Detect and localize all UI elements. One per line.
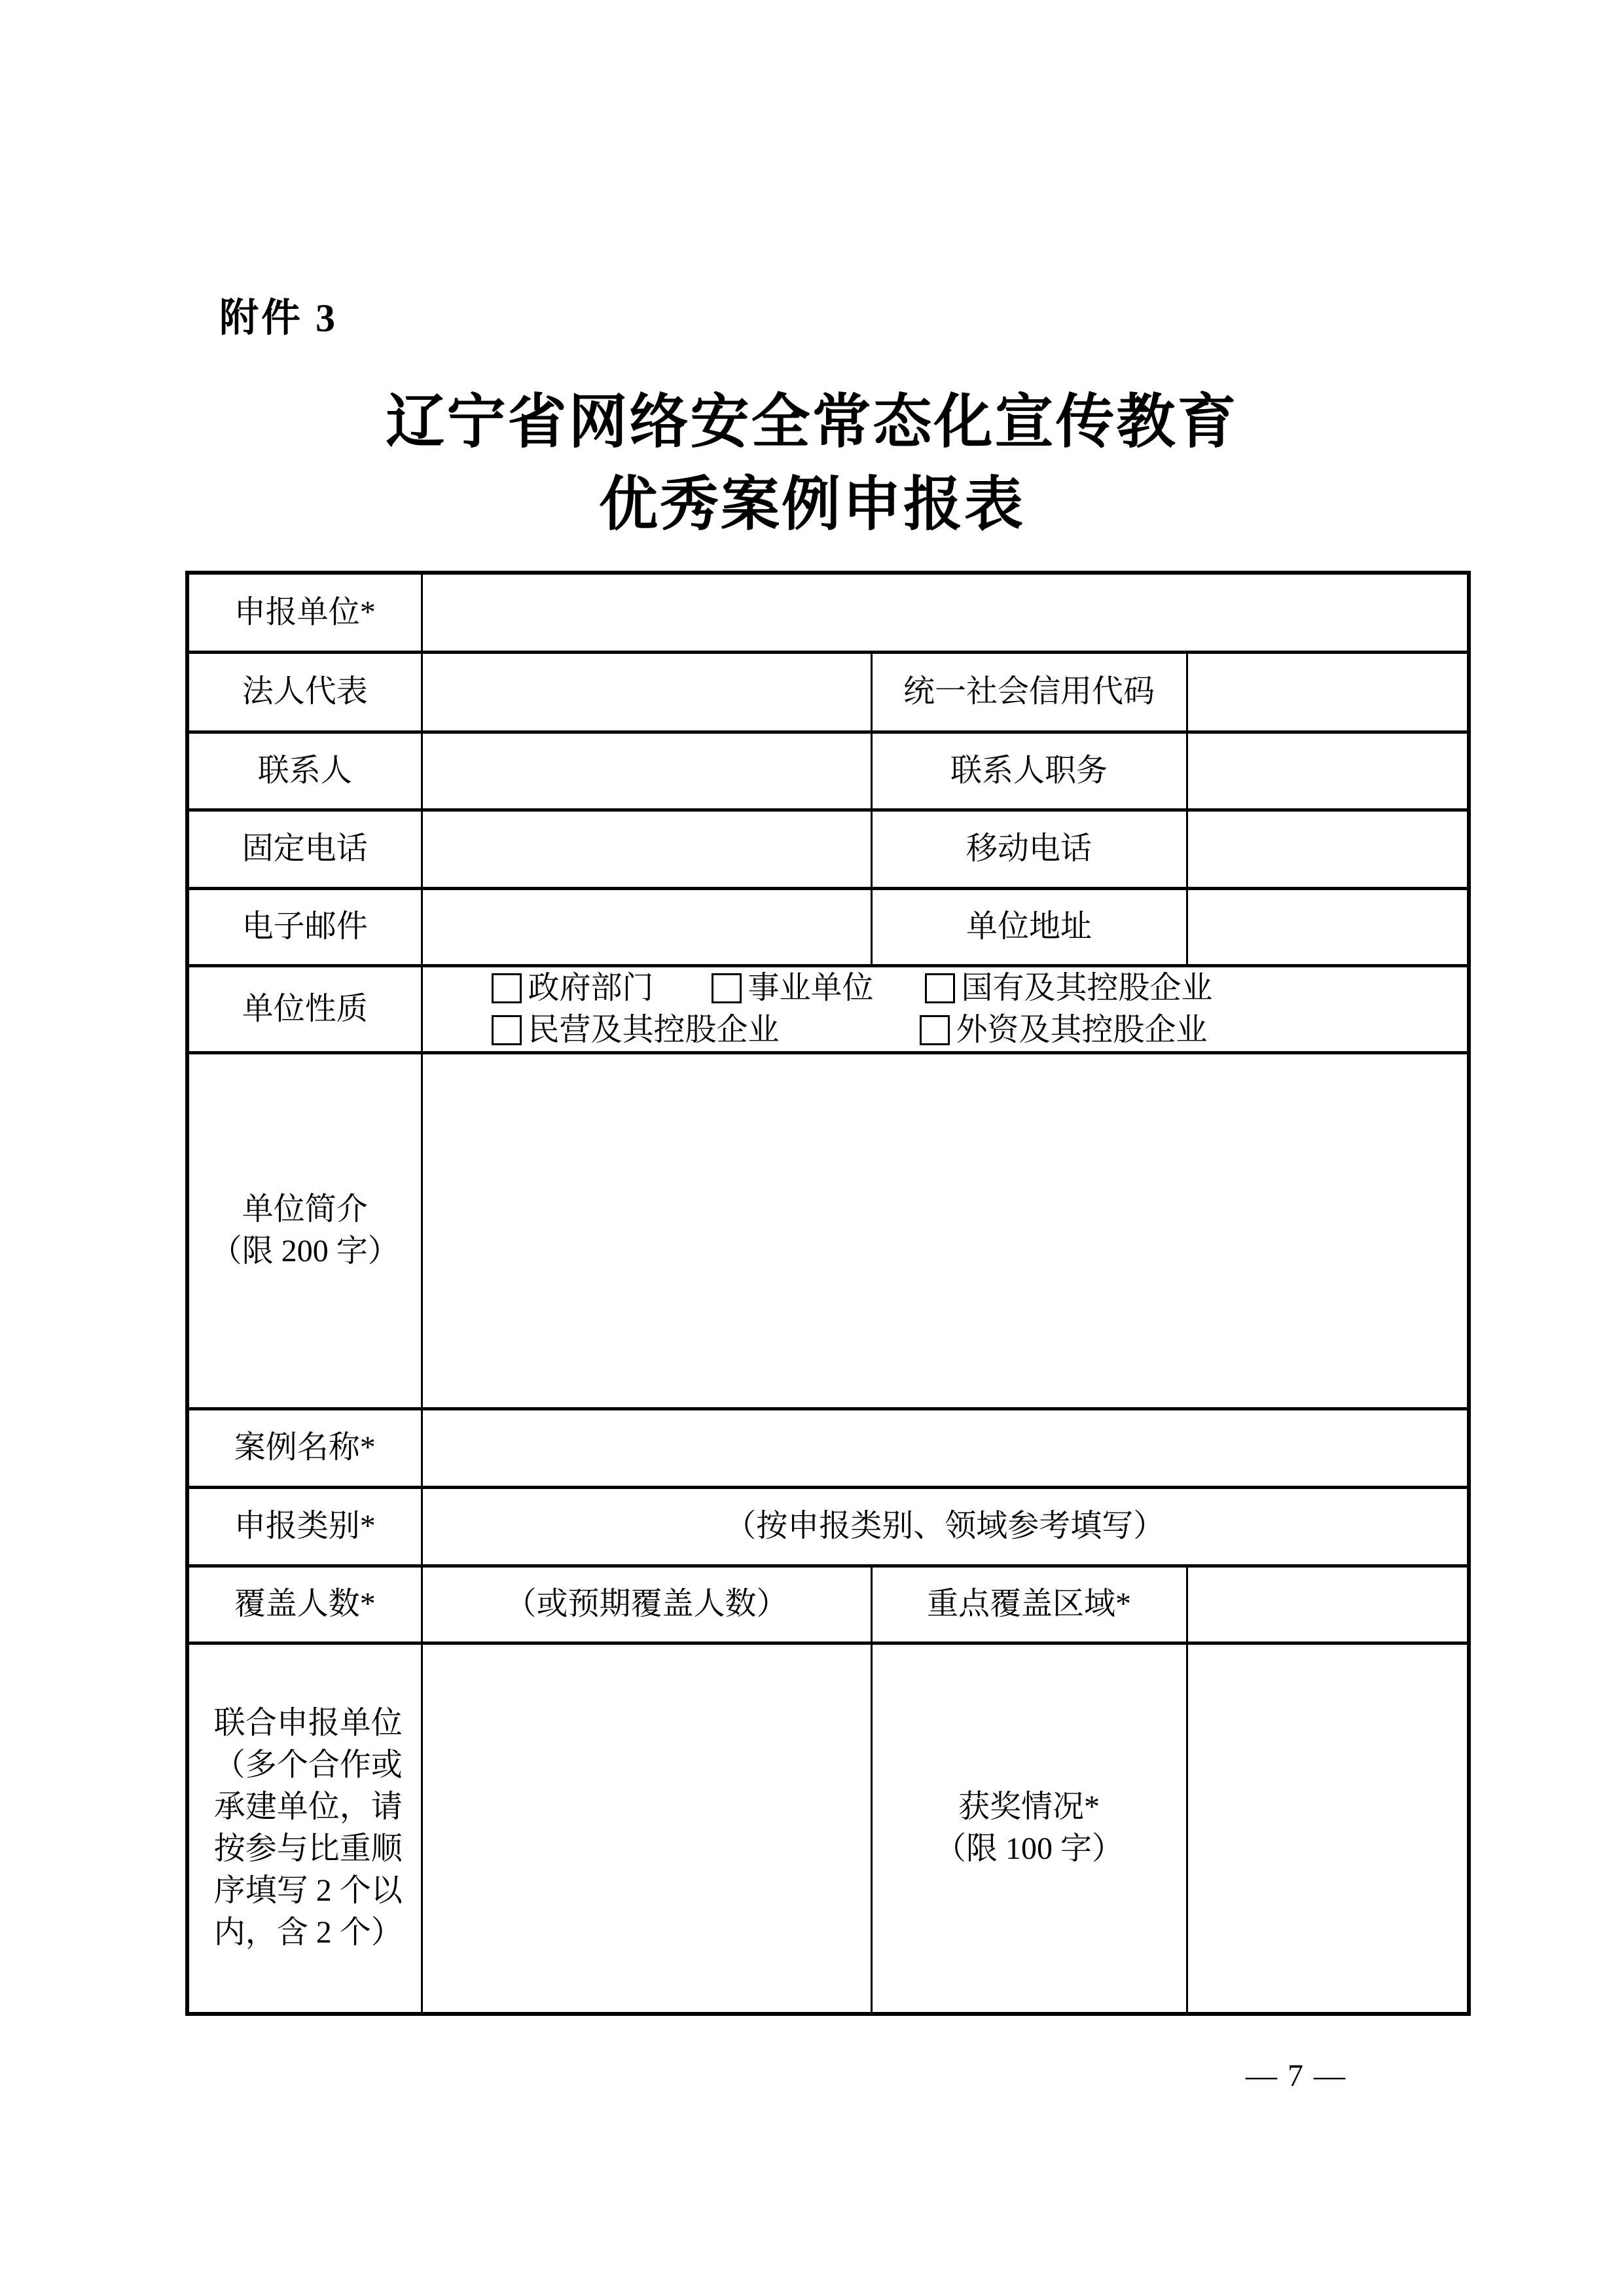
unit-nature-options-cell: 政府部门 事业单位 国有及其控股企业 民营及其控股企业: [422, 965, 1469, 1052]
attachment-label: 附件 3: [219, 287, 338, 343]
input-email[interactable]: [422, 888, 871, 965]
input-key-region[interactable]: [1187, 1566, 1469, 1643]
label-legal-rep: 法人代表: [187, 652, 422, 732]
option-foreign-label: 外资及其控股企业: [956, 1009, 1208, 1051]
input-mobile[interactable]: [1187, 810, 1469, 888]
option-foreign: 外资及其控股企业: [920, 1009, 1208, 1051]
form-title-line1: 辽宁省网络安全常态化宣传教育: [0, 381, 1624, 463]
label-award-line1: 获奖情况*: [873, 1786, 1186, 1828]
option-state-owned-label: 国有及其控股企业: [962, 967, 1213, 1009]
input-unit-address[interactable]: [1187, 888, 1469, 965]
input-unit-intro[interactable]: [422, 1052, 1469, 1408]
label-award-line2: （限 100 字）: [873, 1828, 1186, 1870]
label-contact-title: 联系人职务: [871, 732, 1187, 810]
option-private: 民营及其控股企业: [492, 1009, 780, 1051]
input-case-category[interactable]: （按申报类别、领域参考填写）: [422, 1487, 1469, 1566]
table-row-unit-intro: 单位简介 （限 200 字）: [187, 1052, 1469, 1408]
form-title-line2: 优秀案例申报表: [0, 463, 1624, 546]
input-award[interactable]: [1187, 1643, 1469, 2014]
input-joint-unit[interactable]: [422, 1643, 871, 2014]
checkbox-government-icon[interactable]: [492, 973, 522, 1003]
label-joint-unit-line6: 内，含 2 个）: [196, 1912, 421, 1954]
label-joint-unit-line5: 序填写 2 个以: [196, 1870, 421, 1912]
document-page: 附件 3 辽宁省网络安全常态化宣传教育 优秀案例申报表 申报单位* 法人代表 统…: [0, 0, 1624, 2296]
label-email: 电子邮件: [187, 888, 422, 965]
option-public-institution: 事业单位: [712, 967, 874, 1009]
label-unit-intro-line2: （限 200 字）: [189, 1230, 421, 1272]
option-government: 政府部门: [492, 967, 654, 1009]
form-title: 辽宁省网络安全常态化宣传教育 优秀案例申报表: [0, 381, 1624, 546]
checkbox-public-institution-icon[interactable]: [712, 973, 742, 1003]
table-row-landline: 固定电话 移动电话: [187, 810, 1469, 888]
checkbox-state-owned-icon[interactable]: [925, 973, 955, 1003]
input-case-name[interactable]: [422, 1408, 1469, 1487]
table-row-joint-unit: 联合申报单位 （多个合作或 承建单位，请 按参与比重顺 序填写 2 个以 内，含…: [187, 1643, 1469, 2014]
checkbox-private-icon[interactable]: [492, 1015, 522, 1045]
label-joint-unit-line3: 承建单位，请: [196, 1786, 421, 1828]
table-row-coverage: 覆盖人数* （或预期覆盖人数） 重点覆盖区域*: [187, 1566, 1469, 1643]
label-landline: 固定电话: [187, 810, 422, 888]
label-credit-code: 统一社会信用代码: [871, 652, 1187, 732]
unit-nature-options-line1: 政府部门 事业单位 国有及其控股企业: [423, 967, 1468, 1009]
unit-nature-options-line2: 民营及其控股企业 外资及其控股企业: [423, 1009, 1468, 1051]
table-row-legal-rep: 法人代表 统一社会信用代码: [187, 652, 1469, 732]
table-row-email: 电子邮件 单位地址: [187, 888, 1469, 965]
label-case-category: 申报类别*: [187, 1487, 422, 1566]
label-unit-intro-line1: 单位简介: [189, 1189, 421, 1230]
input-declare-unit[interactable]: [422, 573, 1469, 652]
label-joint-unit-line4: 按参与比重顺: [196, 1828, 421, 1870]
input-landline[interactable]: [422, 810, 871, 888]
table-row-declare-unit: 申报单位*: [187, 573, 1469, 652]
label-coverage: 覆盖人数*: [187, 1566, 422, 1643]
label-case-name: 案例名称*: [187, 1408, 422, 1487]
label-joint-unit-line2: （多个合作或: [196, 1744, 421, 1786]
checkbox-foreign-icon[interactable]: [920, 1015, 950, 1045]
label-joint-unit-line1: 联合申报单位: [196, 1702, 421, 1744]
option-state-owned: 国有及其控股企业: [925, 967, 1213, 1009]
table-row-case-category: 申报类别* （按申报类别、领域参考填写）: [187, 1487, 1469, 1566]
option-government-label: 政府部门: [528, 967, 654, 1009]
label-declare-unit: 申报单位*: [187, 573, 422, 652]
label-award: 获奖情况* （限 100 字）: [871, 1643, 1187, 2014]
label-key-region: 重点覆盖区域*: [871, 1566, 1187, 1643]
label-contact: 联系人: [187, 732, 422, 810]
table-row-case-name: 案例名称*: [187, 1408, 1469, 1487]
table-row-unit-nature: 单位性质 政府部门 事业单位 国有及其控股企业: [187, 965, 1469, 1052]
label-unit-nature: 单位性质: [187, 965, 422, 1052]
input-contact-title[interactable]: [1187, 732, 1469, 810]
label-unit-intro: 单位简介 （限 200 字）: [187, 1052, 422, 1408]
option-public-institution-label: 事业单位: [748, 967, 874, 1009]
input-credit-code[interactable]: [1187, 652, 1469, 732]
label-unit-address: 单位地址: [871, 888, 1187, 965]
table-row-contact: 联系人 联系人职务: [187, 732, 1469, 810]
label-mobile: 移动电话: [871, 810, 1187, 888]
coverage-hint: （或预期覆盖人数）: [505, 1587, 787, 1621]
page-number: — 7 —: [1218, 2058, 1375, 2094]
input-legal-rep[interactable]: [422, 652, 871, 732]
label-joint-unit: 联合申报单位 （多个合作或 承建单位，请 按参与比重顺 序填写 2 个以 内，含…: [187, 1643, 422, 2014]
application-form-table: 申报单位* 法人代表 统一社会信用代码 联系人 联系人职务 固定电话 移动电话 …: [185, 571, 1471, 2016]
case-category-hint: （按申报类别、领域参考填写）: [725, 1509, 1164, 1543]
input-contact[interactable]: [422, 732, 871, 810]
input-coverage[interactable]: （或预期覆盖人数）: [422, 1566, 871, 1643]
option-private-label: 民营及其控股企业: [528, 1009, 780, 1051]
